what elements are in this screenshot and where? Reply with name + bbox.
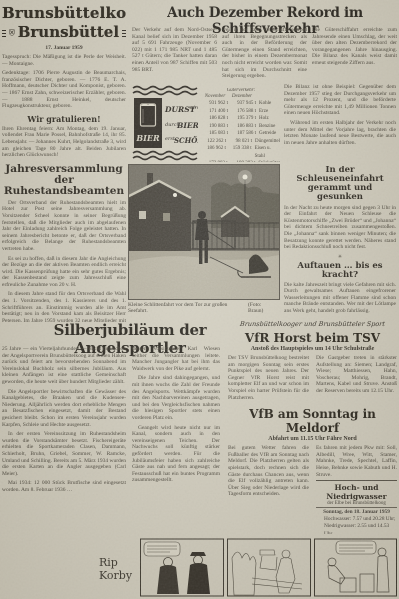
canal-right-p1: Die Bilanz ist ohne Beispiel: Gegenüber … <box>284 84 396 117</box>
tide-value: Hochwasser: 7.57 und 20.28 Uhr; <box>316 516 397 523</box>
tide-subtitle: der Elbe bei Brunsbüttelkoog <box>316 501 397 508</box>
cell-dez: 98 021 t <box>226 138 252 146</box>
goods-table: Güterverkehr: November Dezember 931 962 … <box>202 88 280 162</box>
ad-word-wird: wird <box>189 105 198 111</box>
masthead-column: Brunsbüttelkoog Brunsbüttel 17. Januar 1… <box>2 4 126 322</box>
cell-dez: 159 338 t <box>226 145 252 160</box>
cell-label: Eisen u. Stahl <box>255 145 280 160</box>
jahresversammlung-p3: In diesem Jahre stand für den Ortsverban… <box>2 291 126 322</box>
canal-col3-p1: Die Güterschiffahrt erreichte zum Jahres… <box>312 27 397 67</box>
canal-col1-p1: Der Verkehr auf dem Nord-Ostsee-Kanal be… <box>132 27 217 73</box>
comic-strip <box>140 538 397 597</box>
cell-dez: 180 382 t <box>228 160 256 162</box>
goods-col-november: November <box>202 94 228 99</box>
beer-ad-graphic: BIER DURST wird durch BIER erst SCHÖN <box>132 84 198 162</box>
cell-nov: 931 962 t <box>202 100 228 108</box>
newspaper-page: { "masthead": { "line1": "Brunsbüttelkoo… <box>0 0 399 599</box>
comic-panel-3 <box>315 539 397 596</box>
ad-word-schoen: SCHÖN <box>174 136 198 145</box>
auftauen-p1: Die kalte Jahreszeit bringt viele Gefahr… <box>284 282 396 315</box>
cell-nov: 186 828 t <box>202 115 228 123</box>
sport-section: Brunsbüttelkooger und Brunsbütteler Spor… <box>228 320 397 534</box>
table-row: 190 883 t186 883 tBenzine <box>202 123 280 131</box>
table-row: 172 883 t180 382 tStückgüter <box>202 160 280 162</box>
cell-label: Düngemittel <box>255 138 280 146</box>
cell-dez: 187 586 t <box>228 130 256 138</box>
cell-nov: 186 962 t <box>202 145 226 160</box>
heading-schleuse-2: gerammt und gesunken <box>284 184 396 202</box>
tagesspruch: Tagesspruch: Die Mäßigung ist die Perle … <box>2 54 126 67</box>
heading-wir-gratulieren: Wir gratulieren! <box>2 114 126 124</box>
cell-dez: 195 379 t <box>228 115 256 123</box>
cell-nov: 185 083 t <box>202 130 228 138</box>
canal-col2-p1: weil in der Fahrt die Schiffe sowohl auf… <box>222 27 307 80</box>
subheading-vfb-meldorf: Abfahrt um 11.15 Uhr Fähre Nord <box>228 436 397 442</box>
canal-article-col3: Die Güterschiffahrt erreichte zum Jahres… <box>312 27 397 83</box>
photo-caption-row: Kleine Schlittenfahrt vor dem Tor zur gr… <box>128 302 278 314</box>
comic-strip-graphic <box>140 538 397 597</box>
cell-label: Stückgüter <box>258 160 280 162</box>
gratulieren-body: Ihren Ehrentag feiern: Am Montag, dem 19… <box>2 126 126 159</box>
heading-auftauen: Auftauen … bis es kracht? <box>284 262 396 280</box>
cell-label: Holz <box>259 115 269 123</box>
heading-tide: Hoch- und Niedrigwasser <box>316 483 397 501</box>
jahresversammlung-p2: Es sei zu hoffen, daß in diesem Jahr die… <box>2 256 126 289</box>
silber-c2-p1: dessen Vorsitzender Karl Wiesen seither … <box>132 346 220 372</box>
cell-label: Getreide <box>259 130 276 138</box>
cell-dez: 176 588 t <box>228 108 256 116</box>
heading-vfb-meldorf: VfB am Sonntag in Meldorf <box>228 407 397 435</box>
canal-article-col2: weil in der Fahrt die Schiffe sowohl auf… <box>222 27 307 85</box>
comic-panel-2 <box>228 539 311 596</box>
schleuse-body: In der Nacht zu heute morgen sind gegen … <box>284 205 396 251</box>
winter-photo <box>128 164 280 300</box>
table-row: 122 262 t98 021 tDüngemittel <box>202 138 280 146</box>
ad-word-bier: BIER <box>176 121 198 130</box>
silber-c1-p2: Die Angelsportler bewirtschaften die Gew… <box>2 389 126 429</box>
beer-ad: BIER DURST wird durch BIER erst SCHÖN <box>132 84 198 162</box>
ad-glass-label: BIER <box>135 133 160 143</box>
silber-c1-p3: In der ersten Vereinssitzung im Ruhestan… <box>2 431 126 477</box>
sport-section-label: Brunsbüttelkooger und Brunsbütteler Spor… <box>228 320 397 328</box>
heading-schleuse-1: In der Schleuseneinfahrt <box>284 166 396 184</box>
vfb-right: Es fahren mit jedem Pkw mit: Soll, Albed… <box>316 445 397 478</box>
heading-jahresversammlung-2: der Ruhestandsbeamten <box>2 175 126 197</box>
cell-label: Erze <box>259 108 268 116</box>
table-row: 931 962 t937 945 tKohle <box>202 100 280 108</box>
goods-table-header: November Dezember <box>202 94 280 99</box>
right-news-column: In der Schleuseneinfahrt gerammt und ges… <box>284 166 396 316</box>
vfb-text-columns: Bei gutem Wetter fahren die Fußballer de… <box>228 445 397 534</box>
ad-wave-border-top <box>133 87 197 95</box>
vfb-right-col: Es fahren mit jedem Pkw mit: Soll, Albed… <box>316 445 397 534</box>
cell-dez: 186 883 t <box>228 123 256 131</box>
goods-col-dezember: Dezember <box>228 94 256 99</box>
silber-col1: 25 Jahre — ein Vierteljahrhundert — blic… <box>2 346 126 554</box>
silber-c2-p2: Die Jahre sind dahingegangen, und mit ih… <box>132 375 220 421</box>
ad-wave-border-bottom <box>133 152 197 160</box>
silber-col2: dessen Vorsitzender Karl Wiesen seither … <box>132 346 220 532</box>
masthead-title-row: Brunsbüttel <box>2 23 126 41</box>
masthead-title-line1: Brunsbüttelkoog <box>2 4 126 22</box>
cell-nov: 122 262 t <box>202 138 226 146</box>
cell-nov: 190 883 t <box>202 123 228 131</box>
vfb-left: Bei gutem Wetter fahren die Fußballer de… <box>228 445 309 534</box>
tide-table: Hoch- und Niedrigwasser der Elbe bei Bru… <box>316 480 397 534</box>
table-row: 186 828 t195 379 tHolz <box>202 115 280 123</box>
table-row: 185 083 t187 586 tGetreide <box>202 130 280 138</box>
coat-of-arms-icon <box>9 25 15 40</box>
cell-label: Benzine <box>259 123 275 131</box>
tide-value: Niedrigwasser: 2.55 und 14.53 Uhr <box>316 523 397 534</box>
comic-title: Rip Korby <box>99 556 141 582</box>
vfr-left: Der TSV Brunsbüttelkoog bestreitet am mo… <box>228 355 309 401</box>
table-row: 186 962 t159 338 tEisen u. Stahl <box>202 145 280 160</box>
photo-caption: Kleine Schlittenfahrt vor dem Tor zur gr… <box>128 302 248 314</box>
vfr-text-columns: Der TSV Brunsbüttelkoog bestreitet am mo… <box>228 355 397 404</box>
cell-nov: 172 883 t <box>202 160 228 162</box>
photo-credit: (Foto: Braun) <box>248 302 278 314</box>
tide-day: Sonntag, den 18. Januar 1959 <box>316 509 397 516</box>
cell-label: Kohle <box>259 100 271 108</box>
subheading-vfr-horst: Anstoß des Hauptspieles um 14 Uhr Schuls… <box>228 346 397 352</box>
flourish-left <box>2 28 6 37</box>
cell-nov: 171 400 t <box>202 108 228 116</box>
flourish-right <box>122 28 126 37</box>
masthead-title-line2: Brunsbüttel <box>18 23 119 41</box>
jahresversammlung-p1: Der Ortsverband der Ruhestandsbeamten hi… <box>2 200 126 253</box>
canal-article-col1: Der Verkehr auf dem Nord-Ostsee-Kanal be… <box>132 27 217 83</box>
issue-date: 17. Januar 1959 <box>2 45 126 51</box>
silber-c1-p1: 25 Jahre — ein Vierteljahrhundert — blic… <box>2 346 126 386</box>
canal-article-right-col: Die Bilanz ist ohne Beispiel: Gegenüber … <box>284 84 396 162</box>
canal-right-p2: Während im ersten Halbjahr der Verkehr n… <box>284 120 396 146</box>
photo-grain <box>129 165 279 299</box>
table-row: 171 400 t176 588 tErze <box>202 108 280 116</box>
section-separator: ✳ <box>284 254 396 260</box>
winter-photo-graphic <box>129 165 279 299</box>
silber-c2-p3: Geangelt wird heute nicht nur im Kanal, … <box>132 425 220 484</box>
cell-dez: 937 945 t <box>228 100 256 108</box>
vfr-right: Die Gastgeber treten in stärkster Aufste… <box>316 355 397 401</box>
ad-slogan: DURST wird durch BIER erst SCHÖN <box>164 105 198 145</box>
goods-table-title: Güterverkehr: <box>202 88 280 93</box>
comic-panel-1 <box>141 539 224 596</box>
silber-c1-p4: Mai 1934: 12 000 Stück Brutfische sind e… <box>2 480 126 493</box>
heading-vfr-horst: VfR Horst beim TSV <box>228 331 397 345</box>
gedenktage: Gedenktage: 1706 Pierre Augustin de Beau… <box>2 70 126 110</box>
